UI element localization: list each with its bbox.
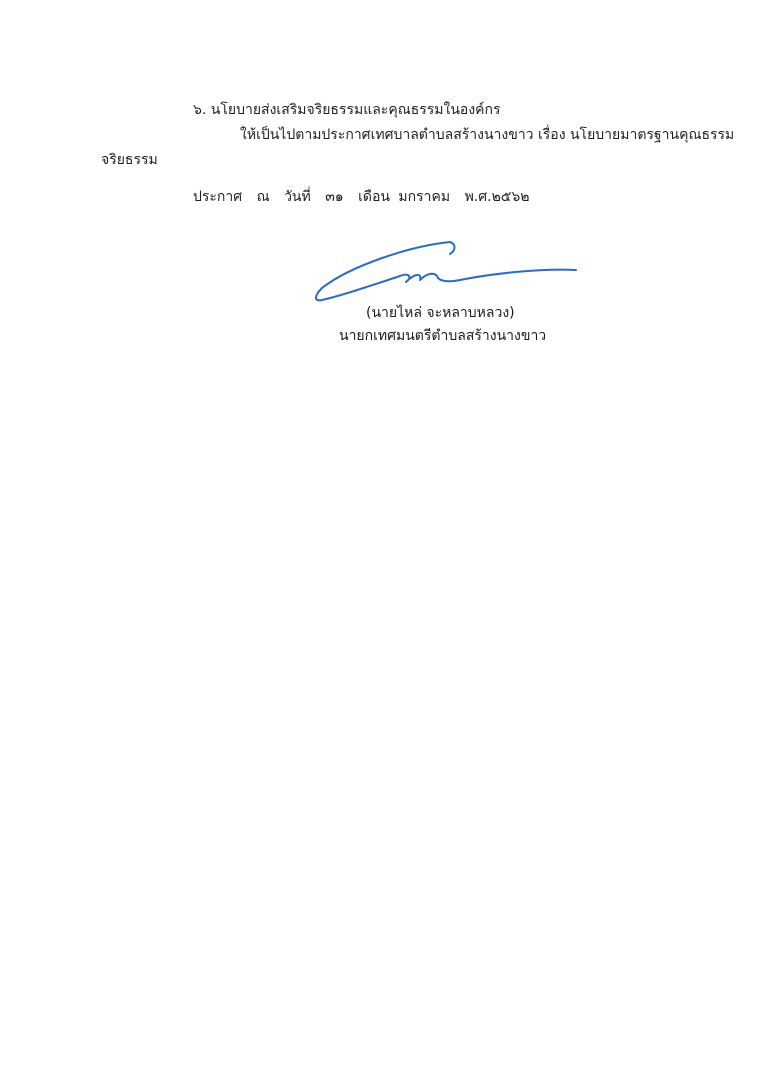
signatory-title: นายกเทศมนตรีตำบลสร้างนางขาว bbox=[339, 326, 546, 346]
signatory-name: (นายไหล่ จะหลาบหลวง) bbox=[366, 303, 515, 323]
announcement-label: ประกาศ bbox=[193, 189, 242, 205]
announcement-day-label: วันที่ bbox=[284, 189, 311, 205]
paragraph-first-line: ให้เป็นไปตามประกาศเทศบาลตำบลสร้างนางขาว … bbox=[240, 125, 734, 145]
announcement-month-label: เดือน bbox=[358, 189, 390, 205]
announcement-year: พ.ศ.๒๕๖๒ bbox=[465, 189, 530, 205]
announcement-month: มกราคม bbox=[398, 189, 450, 205]
announcement-date-line: ประกาศ ณ วันที่ ๓๑ เดือน มกราคม พ.ศ.๒๕๖๒ bbox=[193, 187, 540, 207]
announcement-day: ๓๑ bbox=[325, 189, 343, 205]
paragraph-continuation: จริยธรรม bbox=[101, 150, 158, 170]
document-page: ๖. นโยบายส่งเสริมจริยธรรมและคุณธรรมในองค… bbox=[0, 0, 768, 1086]
section-heading: ๖. นโยบายส่งเสริมจริยธรรมและคุณธรรมในองค… bbox=[193, 100, 501, 120]
signature-icon bbox=[310, 236, 582, 306]
announcement-at: ณ bbox=[257, 189, 270, 205]
